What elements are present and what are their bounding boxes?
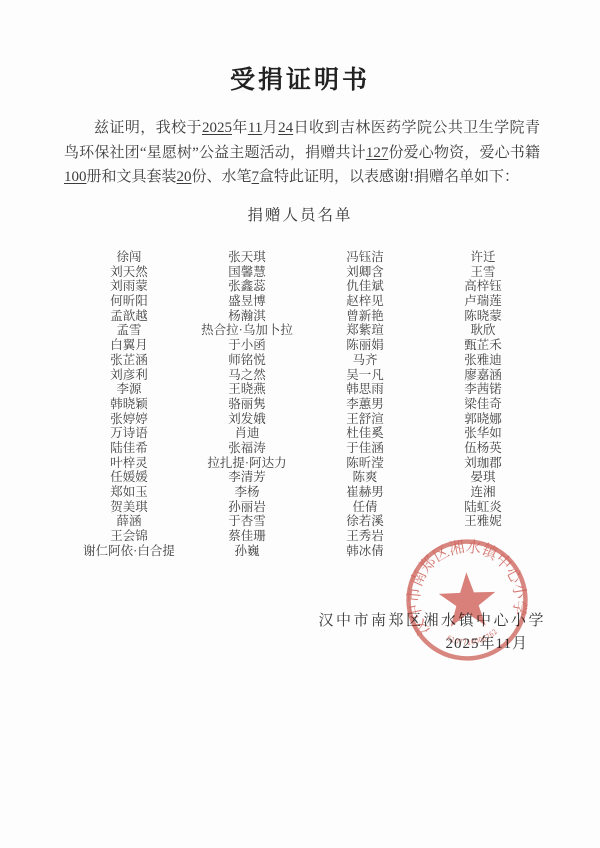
donor-name: 任倩 bbox=[306, 500, 424, 515]
donor-name: 马齐 bbox=[306, 353, 424, 368]
donor-name: 刘发娥 bbox=[188, 412, 306, 427]
donor-name: 师铭悦 bbox=[188, 353, 306, 368]
donor-name: 于佳涵 bbox=[306, 441, 424, 456]
donor-name: 孙巍 bbox=[188, 544, 306, 559]
donor-name: 甄芷禾 bbox=[424, 338, 542, 353]
certificate-paragraph: 兹证明，我校于2025年11月24日收到吉林医药学院公共卫生学院青鸟环保社团“星… bbox=[64, 116, 540, 190]
donor-name: 刘彦利 bbox=[70, 368, 188, 383]
donor-name: 肖迪 bbox=[188, 426, 306, 441]
donor-name: 晏琪 bbox=[424, 470, 542, 485]
paragraph-text: 年 bbox=[232, 120, 248, 136]
donor-name: 陆虹炎 bbox=[424, 500, 542, 515]
donor-name: 连湘 bbox=[424, 485, 542, 500]
paragraph-text: 盒特此证明，以表感谢!捐赠名单如下： bbox=[259, 169, 519, 185]
donor-name: 陈晓蒙 bbox=[424, 309, 542, 324]
donor-name: 任媛媛 bbox=[70, 470, 188, 485]
donor-name: 仇佳斌 bbox=[306, 279, 424, 294]
donor-name: 廖嘉涵 bbox=[424, 368, 542, 383]
donor-name: 贺美琪 bbox=[70, 500, 188, 515]
donor-name: 李蕙男 bbox=[306, 397, 424, 412]
donor-name: 孙丽岩 bbox=[188, 500, 306, 515]
certificate-title: 受捐证明书 bbox=[0, 60, 600, 96]
donor-name: 卢瑞莲 bbox=[424, 294, 542, 309]
donor-name: 于杏雪 bbox=[188, 514, 306, 529]
donor-name: 张芷涵 bbox=[70, 353, 188, 368]
donor-name: 吴一凡 bbox=[306, 368, 424, 383]
donor-name: 张福涛 bbox=[188, 441, 306, 456]
donor-name: 陆佳希 bbox=[70, 441, 188, 456]
donor-name: 王雅妮 bbox=[424, 514, 542, 529]
donor-list-title: 捐赠人员名单 bbox=[0, 203, 600, 225]
donor-name: 郑如玉 bbox=[70, 485, 188, 500]
donor-name: 李清芳 bbox=[188, 470, 306, 485]
donor-name: 骆丽隽 bbox=[188, 397, 306, 412]
donor-name: 刘天然 bbox=[70, 265, 188, 280]
donor-name: 陈昕滢 bbox=[306, 456, 424, 471]
donor-name: 王秀岩 bbox=[306, 529, 424, 544]
underlined-value: 127 bbox=[366, 145, 389, 161]
donor-name bbox=[424, 529, 542, 544]
donor-name: 白翼月 bbox=[70, 338, 188, 353]
donor-name: 许迁 bbox=[424, 250, 542, 265]
donor-name: 万诗语 bbox=[70, 426, 188, 441]
donor-name: 刘卿含 bbox=[306, 265, 424, 280]
donor-name: 谢仁阿依·白合提 bbox=[70, 544, 188, 559]
donor-name: 杨瀚淇 bbox=[188, 309, 306, 324]
signature-school: 汉中市南郑区湘水镇中心小学 bbox=[318, 609, 546, 630]
donor-name: 耿欣 bbox=[424, 323, 542, 338]
donor-name: 李茜锘 bbox=[424, 382, 542, 397]
donor-name: 韩冰倩 bbox=[306, 544, 424, 559]
donor-name: 国馨慧 bbox=[188, 265, 306, 280]
donor-name bbox=[424, 544, 542, 559]
donor-name: 孟雪 bbox=[70, 323, 188, 338]
donor-name: 热合拉·乌加卜拉 bbox=[188, 323, 306, 338]
donor-name: 张雅迪 bbox=[424, 353, 542, 368]
donor-name: 王雪 bbox=[424, 265, 542, 280]
donor-name: 徐闯 bbox=[70, 250, 188, 265]
donor-name: 曾新艳 bbox=[306, 309, 424, 324]
donor-name: 拉扎提·阿达力 bbox=[188, 456, 306, 471]
underlined-value: 2025 bbox=[202, 120, 232, 136]
donor-name: 张天琪 bbox=[188, 250, 306, 265]
donor-name: 郭晓娜 bbox=[424, 412, 542, 427]
paragraph-text: 兹证明，我校于 bbox=[94, 120, 202, 136]
donor-name: 孟歆越 bbox=[70, 309, 188, 324]
donor-name: 何昕阳 bbox=[70, 294, 188, 309]
donor-name: 韩思雨 bbox=[306, 382, 424, 397]
donor-name: 于小函 bbox=[188, 338, 306, 353]
donor-name: 郑紫瑄 bbox=[306, 323, 424, 338]
donor-name: 张鑫蕊 bbox=[188, 279, 306, 294]
donor-name: 刘珈郡 bbox=[424, 456, 542, 471]
donor-name: 薛涵 bbox=[70, 514, 188, 529]
donor-name: 高梓钰 bbox=[424, 279, 542, 294]
certificate-page: 受捐证明书 兹证明，我校于2025年11月24日收到吉林医药学院公共卫生学院青鸟… bbox=[0, 0, 600, 848]
donor-name: 李杨 bbox=[188, 485, 306, 500]
underlined-value: 100 bbox=[64, 169, 87, 185]
donor-name: 崔赫男 bbox=[306, 485, 424, 500]
donor-name: 李源 bbox=[70, 382, 188, 397]
donor-name: 盛昱博 bbox=[188, 294, 306, 309]
donor-name: 马之然 bbox=[188, 368, 306, 383]
donor-name: 伍杨英 bbox=[424, 441, 542, 456]
paragraph-text: 册和文具套装 bbox=[87, 169, 177, 185]
donor-name: 刘雨蒙 bbox=[70, 279, 188, 294]
donor-name: 杜佳奚 bbox=[306, 426, 424, 441]
donor-name: 蔡佳珊 bbox=[188, 529, 306, 544]
donor-name: 王晓燕 bbox=[188, 382, 306, 397]
donor-name: 陈丽娟 bbox=[306, 338, 424, 353]
donor-name: 冯钰洁 bbox=[306, 250, 424, 265]
donor-name: 王会锦 bbox=[70, 529, 188, 544]
donor-name: 张华如 bbox=[424, 426, 542, 441]
donor-name: 王舒渲 bbox=[306, 412, 424, 427]
donor-name: 梁佳奇 bbox=[424, 397, 542, 412]
donor-name: 张婷婷 bbox=[70, 412, 188, 427]
signature-date: 2025年11月 bbox=[446, 632, 528, 653]
donor-name: 徐若溪 bbox=[306, 514, 424, 529]
donor-grid: 徐闯张天琪冯钰洁许迁刘天然国馨慧刘卿含王雪刘雨蒙张鑫蕊仇佳斌高梓钰何昕阳盛昱博赵… bbox=[70, 250, 542, 558]
paragraph-text: 份爱心物资，爱心书籍 bbox=[388, 145, 540, 161]
donor-name: 赵梓见 bbox=[306, 294, 424, 309]
underlined-value: 11 bbox=[248, 120, 262, 136]
underlined-value: 20 bbox=[177, 169, 192, 185]
underlined-value: 24 bbox=[278, 120, 293, 136]
donor-name: 陈爽 bbox=[306, 470, 424, 485]
donor-name: 韩晓颖 bbox=[70, 397, 188, 412]
donor-name: 叶梓灵 bbox=[70, 456, 188, 471]
paragraph-text: 份、水笔 bbox=[192, 169, 252, 185]
paragraph-text: 月 bbox=[262, 120, 278, 136]
underlined-value: 7 bbox=[252, 169, 260, 185]
